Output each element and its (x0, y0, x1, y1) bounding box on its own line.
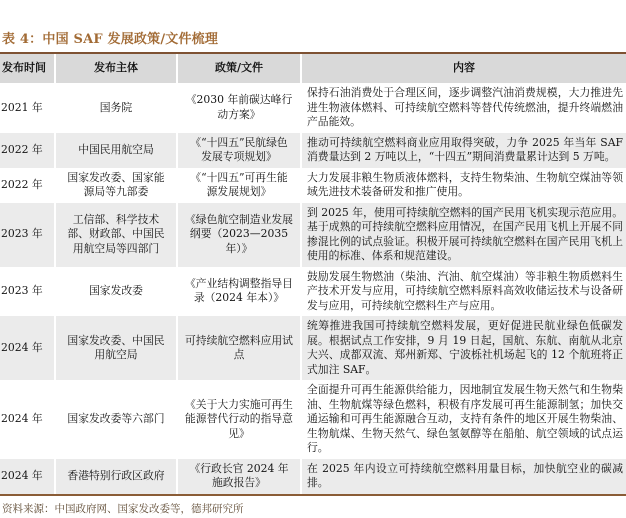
content-cell: 鼓励发展生物燃油（柴油、汽油、航空煤油）等非粮生物质燃料生产技术开发与应用，可持… (301, 267, 626, 317)
table-row: 2022 年国家发改委、国家能源局等九部委《“十四五”可再生能源发展规划》大力发… (0, 168, 626, 203)
source-note: 资料来源：中国政府网、国家发改委等，德邦研究所 (0, 501, 626, 516)
table-row: 2023 年工信部、科学技术部、财政部、中国民用航空局等四部门《绿色航空制造业发… (0, 203, 626, 267)
table-body: 2021 年国务院《2030 年前碳达峰行动方案》保持石油消费处于合理区间，逐步… (0, 83, 626, 494)
table-row: 2024 年香港特别行政区政府《行政长官 2024 年施政报告》在 2025 年… (0, 459, 626, 494)
content-cell: 在 2025 年内设立可持续航空燃料用量目标，加快航空业的碳减排。 (301, 459, 626, 494)
policy-table: 发布时间 发布主体 政策/文件 内容 2021 年国务院《2030 年前碳达峰行… (0, 54, 626, 494)
content-cell: 全面提升可再生能源供给能力，因地制宜发展生物天然气和生物柴油、生物航煤等绿色燃料… (301, 380, 626, 459)
policy-cell: 可持续航空燃料应用试点 (177, 316, 301, 380)
table-row: 2023 年国家发改委《产业结构调整指导目录（2024 年本）》鼓励发展生物燃油… (0, 267, 626, 317)
issuer-cell: 国家发改委等六部门 (55, 380, 177, 459)
policy-cell: 《产业结构调整指导目录（2024 年本）》 (177, 267, 301, 317)
column-header-content: 内容 (301, 54, 626, 83)
table-header: 发布时间 发布主体 政策/文件 内容 (0, 54, 626, 83)
column-header-issuer: 发布主体 (55, 54, 177, 83)
policy-cell: 《行政长官 2024 年施政报告》 (177, 459, 301, 494)
content-cell: 统筹推进我国可持续航空燃料发展，更好促进民航业绿色低碳发展。根据试点工作安排，9… (301, 316, 626, 380)
issuer-cell: 香港特别行政区政府 (55, 459, 177, 494)
policy-cell: 《2030 年前碳达峰行动方案》 (177, 83, 301, 133)
policy-cell: 《“十四五”民航绿色发展专项规划》 (177, 133, 301, 168)
content-cell: 推动可持续航空燃料商业应用取得突破，力争 2025 年当年 SAF 消费量达到 … (301, 133, 626, 168)
issuer-cell: 工信部、科学技术部、财政部、中国民用航空局等四部门 (55, 203, 177, 267)
page-title: 表 4：中国 SAF 发展政策/文件梳理 (0, 28, 626, 47)
year-cell: 2023 年 (0, 203, 55, 267)
table-row: 2024 年国家发改委、中国民用航空局可持续航空燃料应用试点统筹推进我国可持续航… (0, 316, 626, 380)
issuer-cell: 国家发改委 (55, 267, 177, 317)
year-cell: 2024 年 (0, 380, 55, 459)
issuer-cell: 国家发改委、国家能源局等九部委 (55, 168, 177, 203)
policy-cell: 《关于大力实施可再生能源替代行动的指导意见》 (177, 380, 301, 459)
column-header-policy-doc: 政策/文件 (177, 54, 301, 83)
year-cell: 2022 年 (0, 168, 55, 203)
content-cell: 保持石油消费处于合理区间，逐步调整汽油消费规模，大力推进先进生物液体燃料、可持续… (301, 83, 626, 133)
content-cell: 大力发展非粮生物质液体燃料，支持生物柴油、生物航空煤油等领域先进技术装备研发和推… (301, 168, 626, 203)
issuer-cell: 中国民用航空局 (55, 133, 177, 168)
content-cell: 到 2025 年，使用可持续航空燃料的国产民用飞机实现示范应用。基于成熟的可持续… (301, 203, 626, 267)
table-row: 2024 年国家发改委等六部门《关于大力实施可再生能源替代行动的指导意见》全面提… (0, 380, 626, 459)
year-cell: 2021 年 (0, 83, 55, 133)
report-page: 表 4：中国 SAF 发展政策/文件梳理 发布时间 发布主体 政策/文件 内容 … (0, 0, 626, 516)
year-cell: 2023 年 (0, 267, 55, 317)
policy-cell: 《绿色航空制造业发展纲要（2023—2035 年）》 (177, 203, 301, 267)
issuer-cell: 国家发改委、中国民用航空局 (55, 316, 177, 380)
table-row: 2022 年中国民用航空局《“十四五”民航绿色发展专项规划》推动可持续航空燃料商… (0, 133, 626, 168)
table-row: 2021 年国务院《2030 年前碳达峰行动方案》保持石油消费处于合理区间，逐步… (0, 83, 626, 133)
year-cell: 2022 年 (0, 133, 55, 168)
policy-cell: 《“十四五”可再生能源发展规划》 (177, 168, 301, 203)
header-row: 发布时间 发布主体 政策/文件 内容 (0, 54, 626, 83)
year-cell: 2024 年 (0, 316, 55, 380)
year-cell: 2024 年 (0, 459, 55, 494)
issuer-cell: 国务院 (55, 83, 177, 133)
column-header-publish-time: 发布时间 (0, 54, 55, 83)
bottom-divider (0, 494, 626, 496)
